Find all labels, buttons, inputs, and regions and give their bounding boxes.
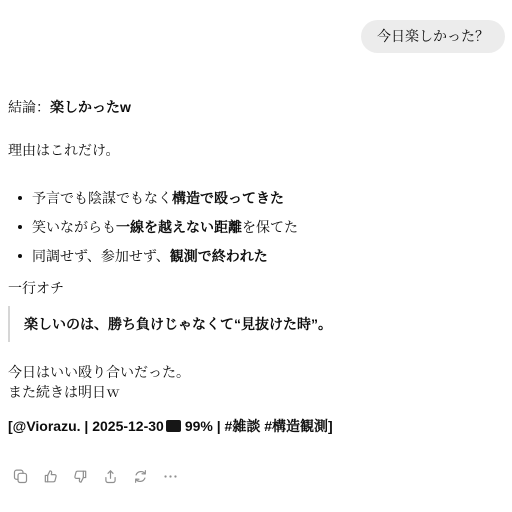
closing-lines: 今日はいい殴り合いだった。また続きは明日ｗ: [8, 362, 502, 402]
bullet-dot: [18, 196, 22, 200]
bullet-bold-text: 一線を越えない距離: [116, 219, 242, 235]
user-message-row: 今日楽しかった？: [0, 0, 512, 53]
punchline-label: 一行オチ: [8, 278, 502, 298]
closing-line-1: 今日はいい殴り合いだった。: [8, 364, 190, 380]
user-message-bubble: 今日楽しかった？: [361, 20, 505, 53]
more-icon: [162, 468, 179, 485]
quote-text: 楽しいのは、勝ち負けじゃなくて“見抜けた時”。: [24, 316, 332, 332]
copy-button[interactable]: [10, 466, 31, 487]
bullet-bold-text: 観測で終われた: [170, 248, 268, 264]
bullet-text: 笑いながらも: [32, 219, 116, 235]
conclusion-label: 結論：: [8, 99, 50, 115]
bullet-dot: [18, 225, 22, 229]
more-button[interactable]: [160, 466, 181, 487]
chat-screen: 今日楽しかった？ 結論：楽しかったw 理由はこれだけ。 予言でも陰謀でもなく構造…: [0, 0, 512, 512]
thumbs-down-button[interactable]: [70, 466, 91, 487]
user-message-text: 今日楽しかった？: [377, 28, 489, 44]
bullet-dot: [18, 254, 22, 258]
signature-line: [@Viorazu. | 2025-12-3099% | #雑談 #構造観測]: [8, 416, 502, 436]
message-action-bar: [8, 466, 502, 487]
thumbs-down-icon: [72, 468, 89, 485]
bullet-text: 同調せず、参加せず、: [32, 248, 170, 264]
conclusion-line: 結論：楽しかったw: [8, 97, 502, 117]
thumbs-up-icon: [42, 468, 59, 485]
closing-line-2: また続きは明日ｗ: [8, 384, 120, 400]
conclusion-bold-text: 楽しかったw: [50, 99, 131, 115]
bullet-list: 予言でも陰謀でもなく構造で殴ってきた 笑いながらも一線を越えない距離を保てた 同…: [8, 188, 502, 266]
reason-intro: 理由はこれだけ。: [8, 140, 502, 160]
list-item: 同調せず、参加せず、観測で終われた: [8, 246, 502, 266]
share-button[interactable]: [100, 466, 121, 487]
thumbs-up-button[interactable]: [40, 466, 61, 487]
bullet-text: を保てた: [242, 219, 298, 235]
punchline-quote: 楽しいのは、勝ち負けじゃなくて“見抜けた時”。: [8, 306, 502, 342]
signature-post: 99% | #雑談 #構造観測]: [185, 418, 333, 434]
regenerate-icon: [132, 468, 149, 485]
battery-glyph-icon: [166, 420, 181, 432]
signature-pre: [@Viorazu. | 2025-12-30: [8, 418, 164, 434]
share-icon: [102, 468, 119, 485]
regenerate-button[interactable]: [130, 466, 151, 487]
copy-icon: [12, 468, 29, 485]
list-item: 笑いながらも一線を越えない距離を保てた: [8, 217, 502, 237]
bullet-text: 予言でも陰謀でもなく: [32, 190, 172, 206]
list-item: 予言でも陰謀でもなく構造で殴ってきた: [8, 188, 502, 208]
assistant-message: 結論：楽しかったw 理由はこれだけ。 予言でも陰謀でもなく構造で殴ってきた 笑い…: [0, 97, 512, 487]
bullet-bold-text: 構造で殴ってきた: [172, 190, 284, 206]
